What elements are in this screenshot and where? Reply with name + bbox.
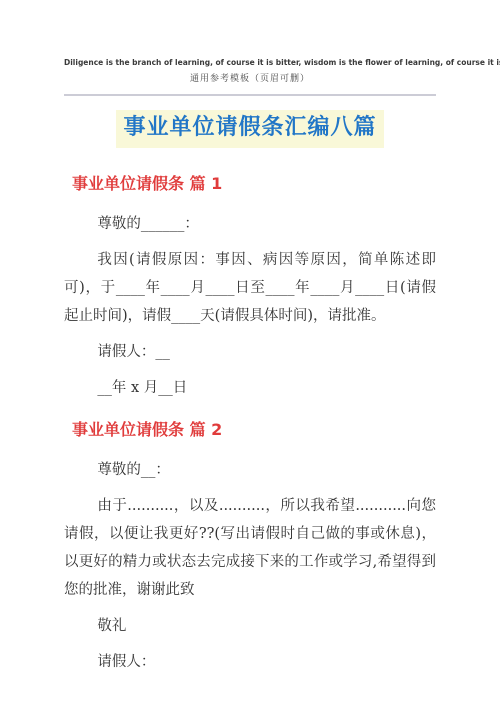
paragraph: 尊敬的______： — [64, 210, 436, 238]
paragraph: 敬礼 — [64, 612, 436, 640]
section-2: 事业单位请假条 篇 2 尊敬的__： 由于..........，以及......… — [64, 420, 436, 676]
section-1-heading: 事业单位请假条 篇 1 — [72, 174, 436, 194]
page-title-highlight: 事业单位请假条汇编八篇 — [116, 110, 383, 148]
section-1: 事业单位请假条 篇 1 尊敬的______： 我因(请假原因：事因、病因等原因，… — [64, 174, 436, 402]
paragraph: __年 x 月__日 — [64, 374, 436, 402]
section-2-heading: 事业单位请假条 篇 2 — [72, 420, 436, 440]
paragraph: 请假人：__ — [64, 338, 436, 366]
header-motto: Diligence is the branch of learning, of … — [64, 57, 436, 68]
paragraph: 我因(请假原因：事因、病因等原因，简单陈述即可)，于____年____月____… — [64, 246, 436, 330]
page-title: 事业单位请假条汇编八篇 — [64, 110, 436, 148]
paragraph: 由于..........，以及..........，所以我希望.........… — [64, 492, 436, 604]
header-divider — [64, 94, 436, 96]
header-template-note: 通用参考模板（页眉可删） — [64, 71, 436, 84]
page-header: Diligence is the branch of learning, of … — [64, 57, 436, 84]
document-page: Diligence is the branch of learning, of … — [0, 0, 500, 708]
paragraph: 尊敬的__： — [64, 456, 436, 484]
paragraph: 请假人： — [64, 648, 436, 676]
